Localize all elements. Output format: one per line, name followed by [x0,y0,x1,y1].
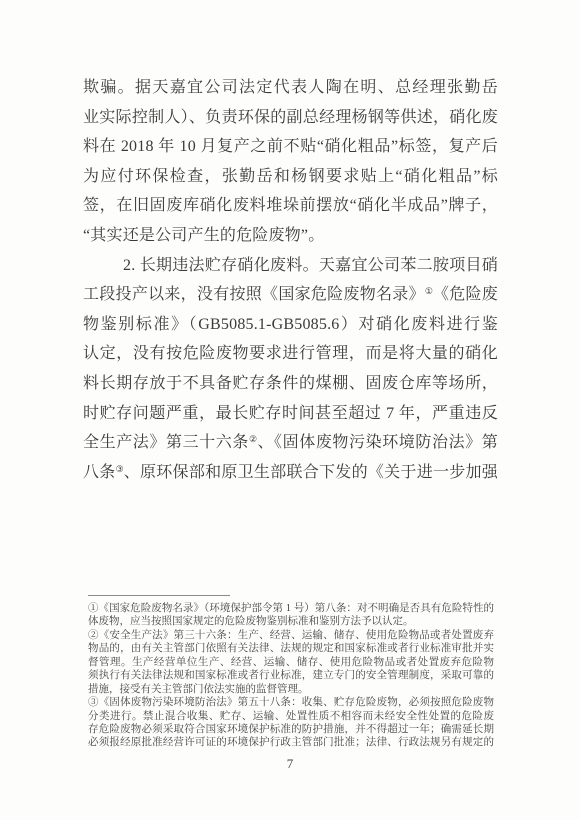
footnote-line: 分类进行。禁止混合收集、贮存、运输、处置性质不相容而未经安全性处置的危险废物。贮 [88,710,494,723]
footnote-line: 存危险废物必须采取符合国家环境保护标准的防护措施，并不得超过一年；确需延长期限的… [88,723,494,736]
footnote-line: 须执行有关法律法规和国家标准或者行业标准，建立专门的安全管理制度，采取可靠的安全 [88,669,494,682]
body-text-line: 工段投产以来，没有按照《国家危险废物名录》①《危险废 [83,280,498,310]
body-text-line: 料长期存放于不具备贮存条件的煤棚、固废仓库等场所，超 [83,369,498,399]
footnotes-section: ①《国家危险废物名录》（环境保护部令第 1 号）第八条：对不明确是否具有危险特性… [88,602,494,750]
footnote-line: ①《国家危险废物名录》（环境保护部令第 1 号）第八条：对不明确是否具有危险特性… [88,602,494,615]
footnote-line: 督管理。生产经营单位生产、经营、运输、储存、使用危险物品或者处置废弃危险物品，必 [88,656,494,669]
body-text-line: 时贮存问题严重，最长贮存时间甚至超过 7 年，严重违反《安 [83,399,498,429]
footnote-line: 物品的，由有关主管部门依照有关法律、法规的规定和国家标准或者行业标准审批并实施监 [88,642,494,655]
footnote-line: ②《安全生产法》第三十六条：生产、经营、运输、储存、使用危险物品或者处置废弃危险 [88,629,494,642]
footnote-line: 体废物，应当按照国家规定的危险废物鉴别标准和鉴别方法予以认定。 [88,615,494,628]
footnote-reference-mark: ③ [116,464,124,474]
body-text-line: 认定，没有按危险废物要求进行管理，而是将大量的硝化废 [83,339,498,369]
body-text-line: 为应付环保检查，张勤岳和杨钢要求贴上“硝化粗品”标 [83,162,498,192]
document-page: 欺骗。据天嘉宜公司法定代表人陶在明、总经理张勤岳（企业实际控制人）、负责环保的副… [0,0,580,820]
body-paragraphs: 欺骗。据天嘉宜公司法定代表人陶在明、总经理张勤岳（企业实际控制人）、负责环保的副… [83,73,498,487]
footnote-reference-mark: ② [249,434,257,444]
body-text-line: 八条③、原环保部和原卫生部联合下发的《关于进一步加强 [83,458,498,488]
body-text-line: 2. 长期违法贮存硝化废料。天嘉宜公司苯二胺项目硝化 [83,251,498,281]
body-text-line: 全生产法》第三十六条②、《固体废物污染环境防治法》第五十 [83,428,498,458]
body-text-line: 料在 2018 年 10 月复产之前不贴“硝化粗品”标签，复产后 [83,132,498,162]
body-text-line: 欺骗。据天嘉宜公司法定代表人陶在明、总经理张勤岳（企 [83,73,498,103]
footnote-line: 必须报经原批准经营许可证的环境保护行政主管部门批准；法律、行政法规另有规定的除外… [88,736,494,749]
footnote-separator [88,595,230,596]
footnote-line: ③《固体废物污染环境防治法》第五十八条：收集、贮存危险废物，必须按照危险废物特性 [88,696,494,709]
body-text-line: 业实际控制人）、负责环保的副总经理杨钢等供述，硝化废 [83,103,498,133]
page-number: 7 [0,756,580,772]
body-text-line: 签，在旧固废库硝化废料堆垛前摆放“硝化半成品”牌子， [83,191,498,221]
footnote-line: 措施，接受有关主管部门依法实施的监督管理。 [88,683,494,696]
body-text-line: 物鉴别标准》（GB5085.1-GB5085.6）对硝化废料进行鉴别、 [83,310,498,340]
footnote-reference-mark: ① [425,286,433,296]
body-text-line: “其实还是公司产生的危险废物”。 [83,221,498,251]
